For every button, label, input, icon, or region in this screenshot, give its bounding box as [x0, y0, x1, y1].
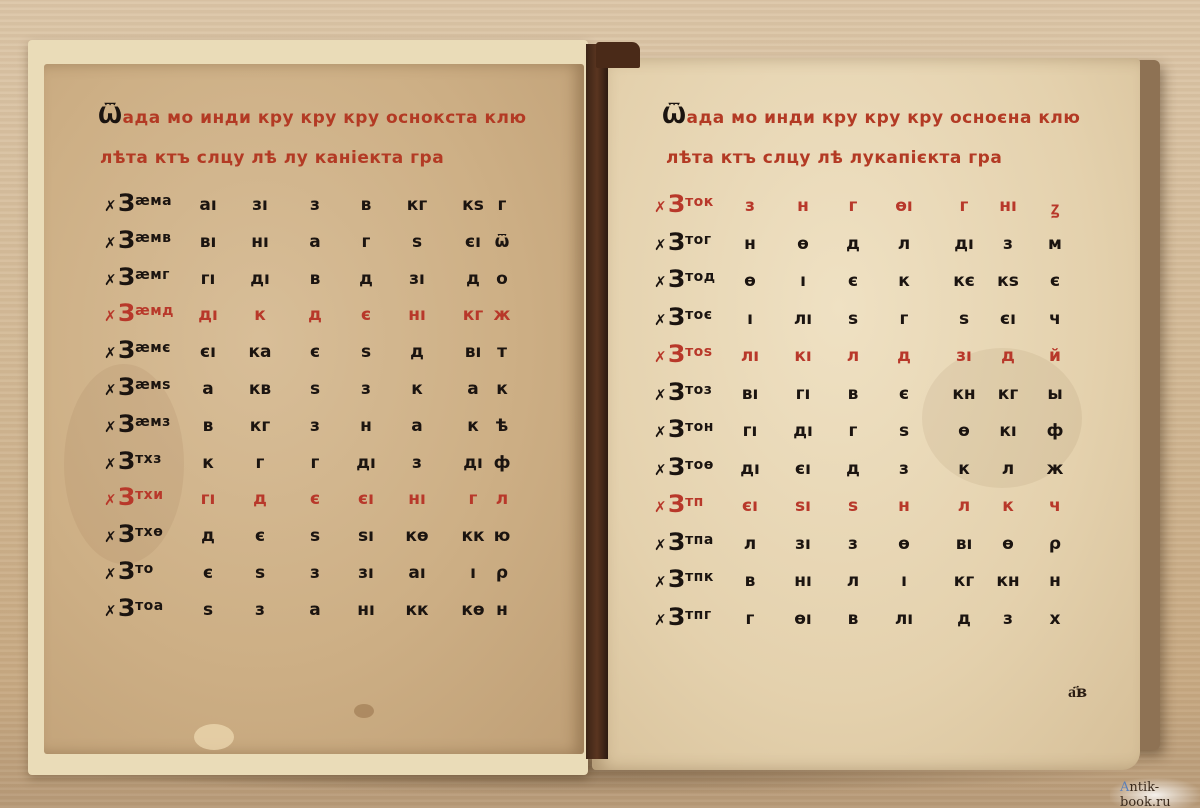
row-label: Зӕмѕ	[118, 373, 171, 401]
table-cell: д	[201, 526, 215, 546]
table-cell: л	[1002, 459, 1014, 479]
table-cell: нı	[251, 232, 269, 252]
table-cell: дı	[356, 453, 376, 473]
row-label-superscript: ӕма	[135, 193, 172, 209]
table-cell: вı	[465, 342, 482, 362]
row-label-superscript: тхѳ	[135, 524, 163, 540]
table-cell: нı	[357, 600, 375, 620]
table-cell: к	[898, 271, 910, 291]
row-label-letter: З	[118, 557, 135, 585]
cross-mark-icon: ✗	[104, 381, 117, 399]
cross-mark-icon: ✗	[104, 455, 117, 473]
cross-mark-icon: ✗	[104, 565, 117, 583]
table-cell: кє	[953, 271, 975, 291]
table-cell: кг	[407, 195, 427, 215]
row-label: Зтп	[668, 490, 704, 518]
row-label-superscript: тоа	[135, 598, 164, 614]
table-cell: нı	[794, 571, 812, 591]
table-cell: зı	[252, 195, 268, 215]
table-cell: кѳ	[405, 526, 428, 546]
row-label-superscript: тпг	[685, 607, 712, 623]
row-label-superscript: тхи	[135, 487, 163, 503]
table-cell: а	[202, 379, 213, 399]
row-label: Зтхѳ	[118, 520, 163, 548]
row-label-letter: З	[118, 263, 135, 291]
table-cell: єı	[795, 459, 811, 479]
table-cell: єı	[742, 496, 758, 516]
row-label-superscript: тоѕ	[685, 344, 713, 360]
table-cell: є	[361, 305, 371, 325]
table-cell: г	[256, 453, 265, 473]
cross-mark-icon: ✗	[654, 311, 667, 329]
table-cell: дı	[463, 453, 483, 473]
table-cell: гı	[796, 384, 811, 404]
table-cell: ѕ	[203, 600, 213, 620]
table-cell: л	[847, 571, 859, 591]
row-label-letter: З	[668, 340, 685, 368]
paper-stain	[354, 704, 374, 718]
table-cell: ка	[248, 342, 271, 362]
table-cell: в	[310, 269, 321, 289]
table-cell: ы	[1047, 384, 1062, 404]
table-cell: к	[202, 453, 214, 473]
cross-mark-icon: ✗	[104, 307, 117, 325]
table-cell: а	[411, 416, 422, 436]
row-label-superscript: ӕмѕ	[135, 377, 171, 393]
row-label: Зтон	[668, 415, 714, 443]
table-cell: дı	[954, 234, 974, 254]
table-cell: г	[362, 232, 371, 252]
table-cell: ѕ	[959, 309, 969, 329]
table-cell: г	[498, 195, 507, 215]
table-cell: ѣ	[496, 416, 509, 436]
row-label-superscript: тоз	[685, 382, 712, 398]
table-cell: а	[309, 600, 320, 620]
watermark: Antik-book.ru	[1110, 778, 1200, 808]
row-label-letter: З	[118, 189, 135, 217]
row-label: Зтпа	[668, 528, 714, 556]
table-cell: ф	[494, 453, 511, 473]
row-label: Зтоа	[118, 594, 164, 622]
table-cell: кѕ	[462, 195, 484, 215]
table-cell: в	[361, 195, 372, 215]
table-cell: ѳ	[1002, 534, 1014, 554]
row-label-superscript: тпк	[685, 569, 714, 585]
table-cell: лı	[794, 309, 812, 329]
table-cell: м	[1048, 234, 1062, 254]
table-cell: л	[744, 534, 756, 554]
row-label-letter: З	[668, 528, 685, 556]
table-cell: ѕı	[795, 496, 811, 516]
table-cell: зı	[956, 346, 972, 366]
table-cell: кг	[463, 305, 483, 325]
table-cell: кн	[952, 384, 975, 404]
table-cell: зı	[795, 534, 811, 554]
table-cell: з	[412, 453, 422, 473]
table-cell: г	[311, 453, 320, 473]
table-cell: гı	[201, 489, 216, 509]
row-label: Зӕмг	[118, 263, 170, 291]
row-label: Зток	[668, 190, 714, 218]
table-cell: єı	[465, 232, 481, 252]
row-label-letter: З	[118, 410, 135, 438]
row-label-superscript: ӕмз	[135, 414, 171, 430]
table-cell: л	[496, 489, 508, 509]
row-label-letter: З	[668, 453, 685, 481]
row-label-letter: З	[668, 265, 685, 293]
cross-mark-icon: ✗	[104, 528, 117, 546]
row-label-letter: З	[118, 520, 135, 548]
row-label-superscript: ток	[685, 194, 714, 210]
row-label: Зтод	[668, 265, 716, 293]
table-cell: аı	[199, 195, 216, 215]
watermark-initial: A	[1120, 780, 1129, 795]
table-cell: н	[496, 600, 508, 620]
table-cell: т	[497, 342, 507, 362]
table-cell: ѕı	[358, 526, 374, 546]
table-cell: кı	[999, 421, 1016, 441]
table-cell: ρ	[496, 563, 508, 583]
row-label: Зӕмд	[118, 299, 174, 327]
row-label-letter: З	[668, 190, 685, 218]
table-cell: к	[958, 459, 970, 479]
table-cell: єı	[358, 489, 374, 509]
cross-mark-icon: ✗	[104, 344, 117, 362]
row-label-superscript: тоє	[685, 307, 713, 323]
row-label-superscript: тп	[685, 494, 704, 510]
table-cell: ѕ	[899, 421, 909, 441]
row-label: Зтхи	[118, 483, 164, 511]
table-cell: ж	[494, 305, 511, 325]
table-cell: кı	[794, 346, 811, 366]
table-cell: дı	[250, 269, 270, 289]
table-cell: зı	[358, 563, 374, 583]
cross-mark-icon: ✗	[654, 461, 667, 479]
row-label-superscript: тпа	[685, 532, 714, 548]
table-cell: дı	[740, 459, 760, 479]
table-cell: в	[848, 609, 859, 629]
table-cell: д	[846, 234, 860, 254]
table-cell: нı	[408, 489, 426, 509]
table-cell: д	[1001, 346, 1015, 366]
table-cell: лı	[741, 346, 759, 366]
table-cell: л	[847, 346, 859, 366]
table-cell: ѳ	[744, 271, 756, 291]
table-cell: ꙁ	[1051, 196, 1059, 219]
cross-mark-icon: ✗	[654, 386, 667, 404]
cross-mark-icon: ✗	[104, 234, 117, 252]
table-cell: є	[203, 563, 213, 583]
row-label-letter: З	[668, 378, 685, 406]
row-label-letter: З	[668, 228, 685, 256]
table-cell: гı	[201, 269, 216, 289]
table-cell: з	[310, 416, 320, 436]
row-label: Зӕма	[118, 189, 172, 217]
table-cell: ı	[901, 571, 907, 591]
table-cell: є	[848, 271, 858, 291]
table-cell: нı	[999, 196, 1017, 216]
row-label: Зтоє	[668, 303, 713, 331]
table-cell: є	[899, 384, 909, 404]
cross-mark-icon: ✗	[654, 423, 667, 441]
header-text: ада мо инди кру кру кру осноєна клю	[687, 108, 1081, 128]
cross-mark-icon: ✗	[654, 348, 667, 366]
table-cell: кк	[405, 600, 428, 620]
table-cell: х	[1050, 609, 1061, 629]
row-label-superscript: тон	[685, 419, 714, 435]
table-cell: кѕ	[997, 271, 1019, 291]
row-label-superscript: тод	[685, 269, 716, 285]
table-cell: ѿ	[495, 232, 510, 252]
table-cell: г	[849, 421, 858, 441]
table-cell: ı	[800, 271, 806, 291]
row-label-superscript: ӕмг	[135, 267, 170, 283]
table-cell: ж	[1047, 459, 1064, 479]
table-cell: ı	[470, 563, 476, 583]
table-cell: з	[310, 563, 320, 583]
row-label-superscript: ӕмд	[135, 303, 174, 319]
table-cell: а	[309, 232, 320, 252]
table-cell: лı	[895, 609, 913, 629]
table-cell: ѕ	[412, 232, 422, 252]
table-cell: ı	[747, 309, 753, 329]
table-cell: кг	[250, 416, 270, 436]
table-cell: ѕ	[310, 526, 320, 546]
table-cell: д	[410, 342, 424, 362]
table-cell: ѳ	[958, 421, 970, 441]
table-cell: кѳ	[461, 600, 484, 620]
table-cell: єı	[200, 342, 216, 362]
table-cell: ѳ	[898, 534, 910, 554]
table-cell: аı	[408, 563, 425, 583]
cross-mark-icon: ✗	[104, 197, 117, 215]
cross-mark-icon: ✗	[654, 536, 667, 554]
table-cell: а	[467, 379, 478, 399]
cross-mark-icon: ✗	[654, 198, 667, 216]
table-cell: з	[899, 459, 909, 479]
table-cell: вı	[200, 232, 217, 252]
table-cell: гı	[743, 421, 758, 441]
table-cell: вı	[956, 534, 973, 554]
row-label-letter: З	[118, 336, 135, 364]
row-label-letter: З	[118, 447, 135, 475]
table-cell: д	[308, 305, 322, 325]
row-label-superscript: тог	[685, 232, 712, 248]
cross-mark-icon: ✗	[654, 611, 667, 629]
table-cell: к	[496, 379, 508, 399]
row-label: Зтпг	[668, 603, 712, 631]
table-cell: ч	[1049, 496, 1061, 516]
right-header-line-2: лѣта ктъ слцу лѣ лукапiєкта гра	[666, 148, 1002, 168]
table-cell: ѕ	[848, 309, 858, 329]
row-label-letter: З	[118, 299, 135, 327]
left-header-line-2: лѣта ктъ слцу лѣ лу канiекта гра	[100, 148, 444, 168]
table-cell: д	[466, 269, 480, 289]
table-cell: кв	[249, 379, 271, 399]
table-cell: ф	[1047, 421, 1064, 441]
row-label: Зтпк	[668, 565, 714, 593]
folio-number: а҃в	[1068, 682, 1087, 702]
table-cell: ѳı	[895, 196, 913, 216]
row-label: Зӕмз	[118, 410, 171, 438]
left-header-line-1: Ѿада мо инди кру кру кру оснокста клю	[98, 104, 527, 129]
row-label: Зто	[118, 557, 154, 585]
cross-mark-icon: ✗	[654, 273, 667, 291]
cross-mark-icon: ✗	[104, 602, 117, 620]
table-cell: ѕ	[361, 342, 371, 362]
table-cell: г	[849, 196, 858, 216]
table-cell: є	[1050, 271, 1060, 291]
right-header-line-1: Ѿада мо инди кру кру кру осноєна клю	[662, 104, 1080, 129]
cross-mark-icon: ✗	[654, 573, 667, 591]
table-cell: о	[496, 269, 508, 289]
cross-mark-icon: ✗	[104, 271, 117, 289]
table-cell: кк	[461, 526, 484, 546]
row-label-letter: З	[668, 490, 685, 518]
table-cell: н	[360, 416, 372, 436]
cross-mark-icon: ✗	[104, 418, 117, 436]
row-label: Зтхз	[118, 447, 162, 475]
table-cell: кг	[954, 571, 974, 591]
row-label-superscript: ӕмє	[135, 340, 171, 356]
table-cell: єı	[1000, 309, 1016, 329]
row-label-letter: З	[668, 415, 685, 443]
row-label-letter: З	[118, 483, 135, 511]
table-cell: з	[310, 195, 320, 215]
row-label: Зӕмв	[118, 226, 172, 254]
table-cell: ю	[494, 526, 511, 546]
table-cell: з	[848, 534, 858, 554]
table-cell: ч	[1049, 309, 1061, 329]
table-cell: з	[255, 600, 265, 620]
table-cell: й	[1049, 346, 1061, 366]
table-cell: к	[254, 305, 266, 325]
cross-mark-icon: ✗	[654, 498, 667, 516]
paper-stain	[194, 724, 234, 750]
table-cell: к	[467, 416, 479, 436]
row-label: Зӕмє	[118, 336, 171, 364]
table-cell: дı	[793, 421, 813, 441]
table-cell: г	[746, 609, 755, 629]
table-cell: д	[957, 609, 971, 629]
table-cell: д	[359, 269, 373, 289]
row-label-superscript: тхз	[135, 451, 162, 467]
table-cell: дı	[198, 305, 218, 325]
table-cell: в	[848, 384, 859, 404]
table-cell: л	[958, 496, 970, 516]
row-label-superscript: то	[135, 561, 154, 577]
row-label: Зтог	[668, 228, 712, 256]
table-cell: ѕ	[255, 563, 265, 583]
row-label-letter: З	[118, 226, 135, 254]
row-label: Зтоз	[668, 378, 712, 406]
row-label-letter: З	[668, 603, 685, 631]
table-cell: в	[745, 571, 756, 591]
table-cell: н	[744, 234, 756, 254]
row-label-letter: З	[668, 565, 685, 593]
table-cell: вı	[742, 384, 759, 404]
table-cell: д	[253, 489, 267, 509]
row-label: Зтоѕ	[668, 340, 713, 368]
cross-mark-icon: ✗	[654, 236, 667, 254]
row-label-superscript: тоѳ	[685, 457, 714, 473]
table-cell: є	[310, 489, 320, 509]
table-cell: ѳ	[797, 234, 809, 254]
row-label-superscript: ӕмв	[135, 230, 171, 246]
table-cell: д	[846, 459, 860, 479]
table-cell: є	[310, 342, 320, 362]
table-cell: к	[1002, 496, 1014, 516]
table-cell: зı	[409, 269, 425, 289]
table-cell: з	[1003, 234, 1013, 254]
spine-leather-flap	[596, 42, 640, 68]
header-initial: Ѿ	[98, 104, 123, 129]
table-cell: з	[1003, 609, 1013, 629]
table-cell: н	[898, 496, 910, 516]
book-spine	[586, 44, 608, 759]
table-cell: ρ	[1049, 534, 1061, 554]
table-cell: ѕ	[848, 496, 858, 516]
table-cell: г	[960, 196, 969, 216]
table-cell: д	[897, 346, 911, 366]
table-cell: з	[361, 379, 371, 399]
table-cell: в	[203, 416, 214, 436]
row-label-letter: З	[118, 373, 135, 401]
row-label: Зтоѳ	[668, 453, 714, 481]
table-cell: нı	[408, 305, 426, 325]
header-initial: Ѿ	[662, 104, 687, 129]
row-label-letter: З	[118, 594, 135, 622]
table-cell: г	[469, 489, 478, 509]
table-cell: є	[255, 526, 265, 546]
row-label-letter: З	[668, 303, 685, 331]
table-cell: л	[898, 234, 910, 254]
table-cell: з	[745, 196, 755, 216]
table-cell: г	[900, 309, 909, 329]
header-text: ада мо инди кру кру кру оснокста клю	[123, 108, 527, 128]
table-cell: ѳı	[794, 609, 812, 629]
table-cell: ѕ	[310, 379, 320, 399]
cross-mark-icon: ✗	[104, 491, 117, 509]
table-cell: кн	[996, 571, 1019, 591]
table-cell: к	[411, 379, 423, 399]
table-cell: н	[797, 196, 809, 216]
table-cell: н	[1049, 571, 1061, 591]
table-cell: кг	[998, 384, 1018, 404]
